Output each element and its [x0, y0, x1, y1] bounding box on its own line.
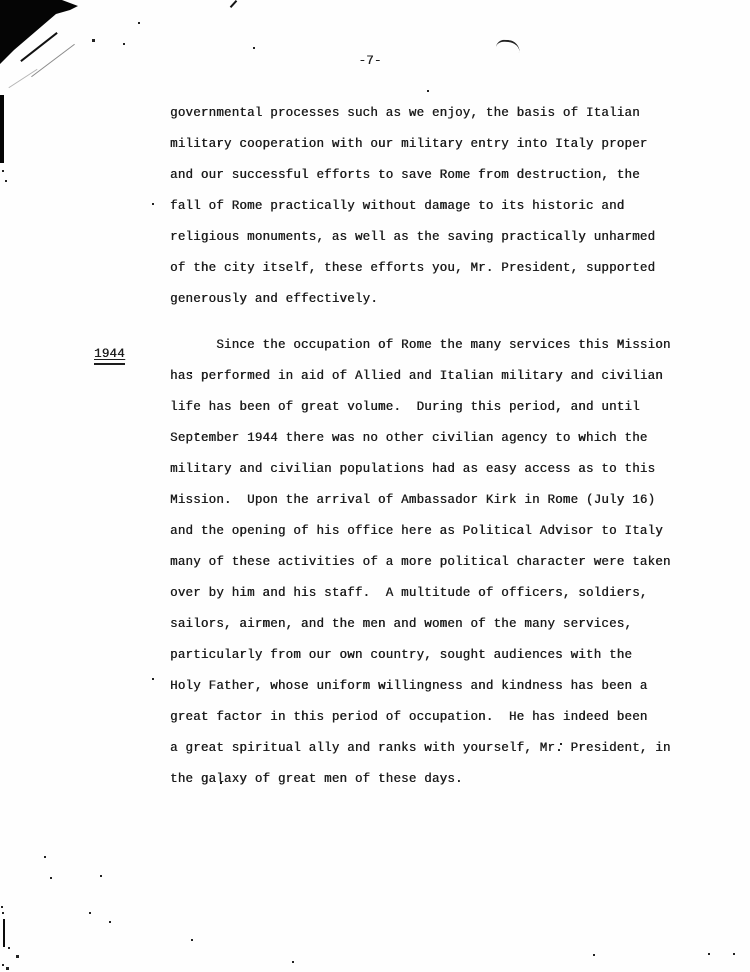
scan-speck	[16, 955, 19, 958]
text-line: has performed in aid of Allied and Itali…	[170, 361, 671, 392]
scan-speck	[2, 912, 4, 914]
scan-speck	[8, 947, 10, 949]
text-line: of the city itself, these efforts you, M…	[170, 253, 655, 284]
scan-speck	[100, 875, 102, 877]
text-line: life has been of great volume. During th…	[170, 392, 671, 423]
margin-note-year: 1944	[94, 346, 125, 365]
scan-speck	[253, 47, 255, 49]
scan-speck	[733, 953, 735, 955]
text-line: the galaxy of great men of these days.	[170, 764, 671, 795]
text-line: Since the occupation of Rome the many se…	[170, 330, 671, 361]
text-line: many of these activities of a more polit…	[170, 547, 671, 578]
text-line: religious monuments, as well as the savi…	[170, 222, 655, 253]
scan-speck	[2, 170, 4, 172]
text-line: particularly from our own country, sough…	[170, 640, 671, 671]
scan-speck	[109, 921, 111, 923]
scan-speck	[44, 856, 46, 858]
scan-speck	[123, 43, 125, 45]
text-line: governmental processes such as we enjoy,…	[170, 98, 655, 129]
text-line: fall of Rome practically without damage …	[170, 191, 655, 222]
scan-edge-line	[3, 919, 5, 947]
scan-speck	[138, 22, 140, 24]
scan-speck	[152, 678, 154, 680]
scan-speck	[50, 877, 52, 879]
paragraph-2: Since the occupation of Rome the many se…	[170, 330, 671, 795]
pen-mark-curve	[496, 39, 521, 53]
text-line: generously and effectively.	[170, 284, 655, 315]
scan-speck	[292, 961, 294, 963]
text-line: Holy Father, whose uniform willingness a…	[170, 671, 671, 702]
scan-streak	[8, 69, 37, 88]
scan-speck	[2, 964, 4, 966]
text-line: September 1944 there was no other civili…	[170, 423, 671, 454]
text-line: Mission. Upon the arrival of Ambassador …	[170, 485, 671, 516]
document-page: -7- 1944 governmental processes such as …	[0, 0, 750, 972]
scan-speck	[427, 90, 429, 92]
scan-edge-strip	[0, 95, 4, 163]
text-line: and the opening of his office here as Po…	[170, 516, 671, 547]
scan-speck	[92, 39, 95, 42]
text-line: military and civilian populations had as…	[170, 454, 671, 485]
scan-speck	[5, 180, 7, 182]
text-line: military cooperation with our military e…	[170, 129, 655, 160]
text-line: a great spiritual ally and ranks with yo…	[170, 733, 671, 764]
scan-speck	[708, 953, 710, 955]
text-line: sailors, airmen, and the men and women o…	[170, 609, 671, 640]
scan-speck	[6, 967, 9, 970]
scan-speck	[1, 906, 3, 908]
scan-speck	[191, 939, 193, 941]
scan-speck	[89, 912, 91, 914]
text-line: and our successful efforts to save Rome …	[170, 160, 655, 191]
scan-speck	[152, 203, 154, 205]
text-line: great factor in this period of occupatio…	[170, 702, 671, 733]
text-line: over by him and his staff. A multitude o…	[170, 578, 671, 609]
page-number: -7-	[0, 52, 740, 70]
scan-speck	[593, 954, 595, 956]
paragraph-1: governmental processes such as we enjoy,…	[170, 98, 655, 315]
pen-mark-tick	[230, 0, 238, 8]
